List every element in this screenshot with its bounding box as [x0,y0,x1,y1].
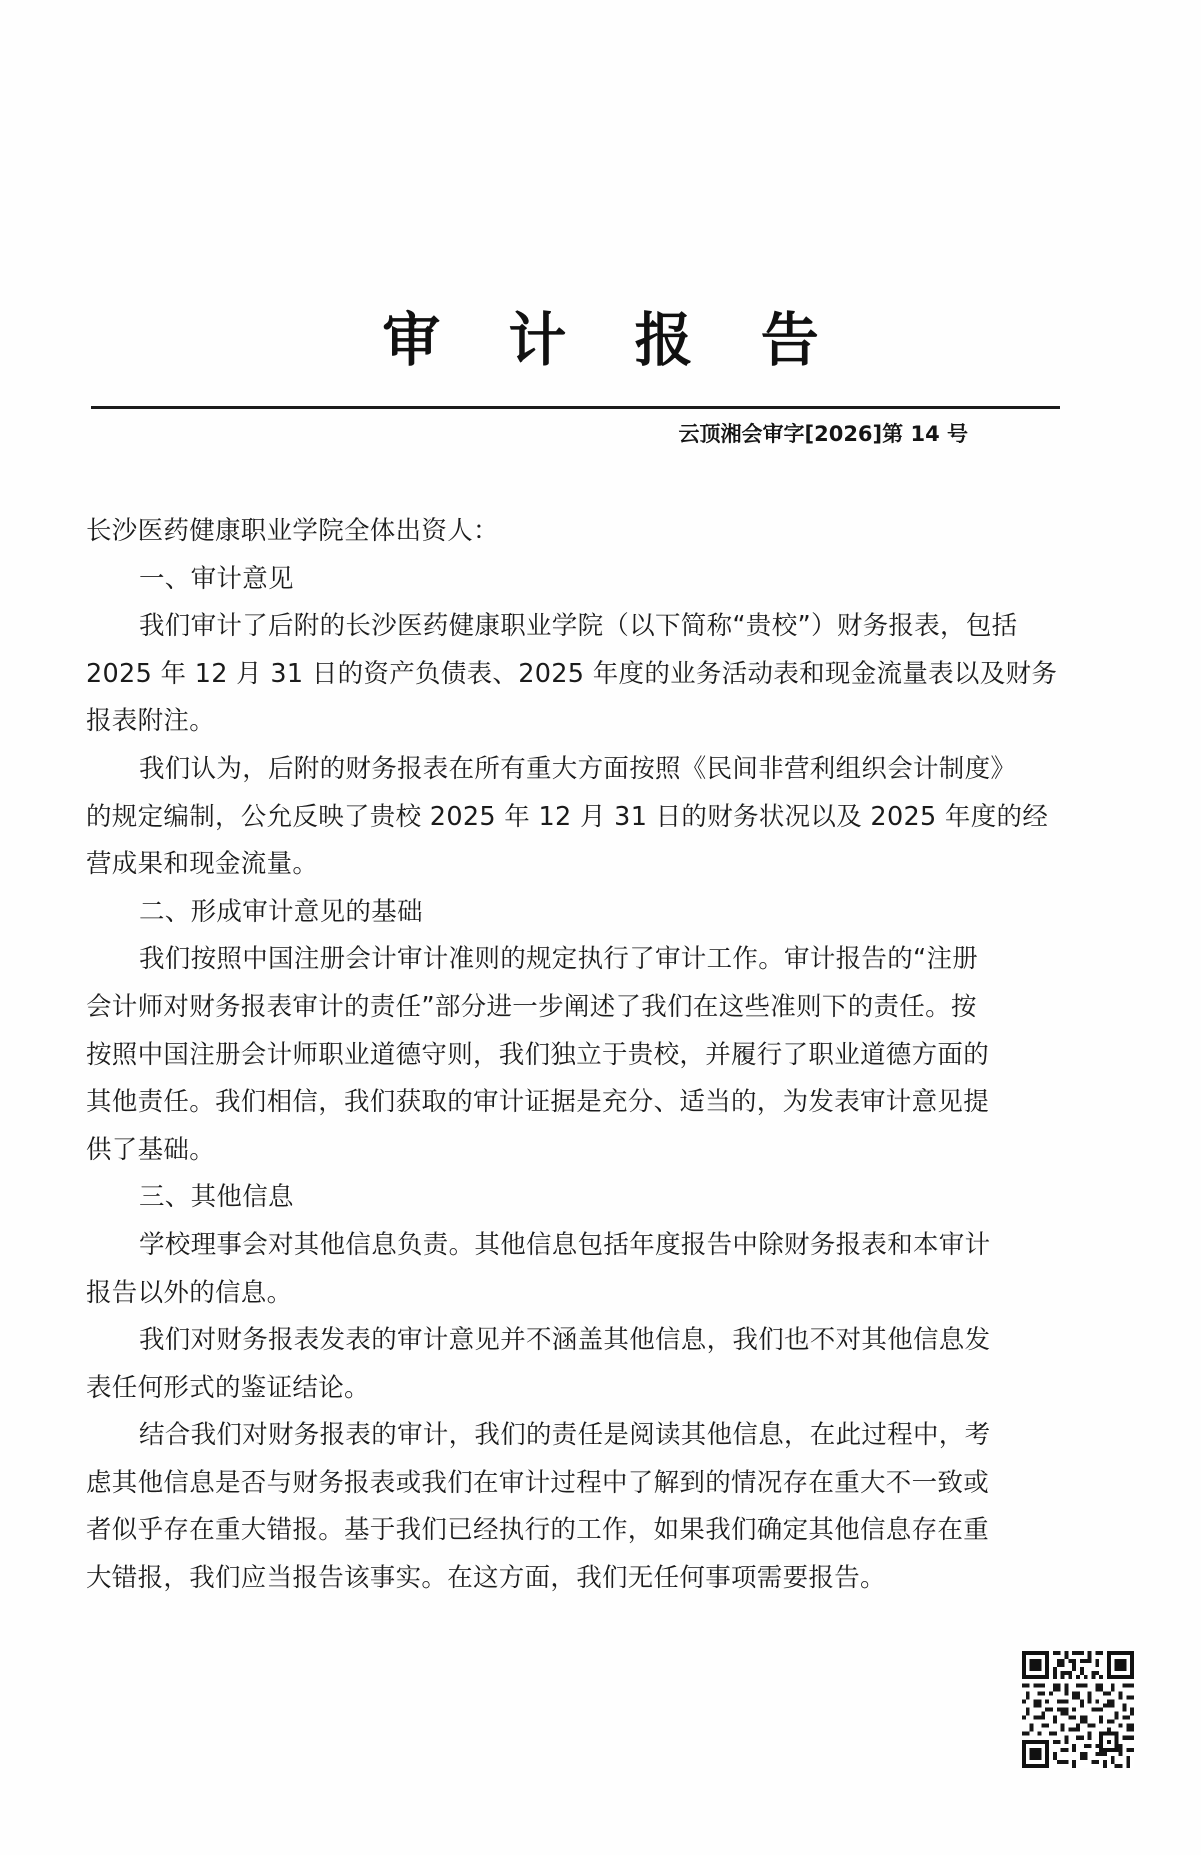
text-line: 学校理事会对其他信息负责。其他信息包括年度报告中除财务报表和本审计 [86,1222,986,1270]
text-line: 的规定编制，公允反映了贵校 2025 年 12 月 31 日的财务状况以及 20… [86,794,986,842]
document-number: 云顶湘会审字[2026]第 14 号 [679,419,969,449]
text-line: 按照中国注册会计师职业道德守则，我们独立于贵校，并履行了职业道德方面的 [86,1032,986,1080]
text-line: 我们按照中国注册会计审计准则的规定执行了审计工作。审计报告的“注册 [86,936,986,984]
text-line: 营成果和现金流量。 [86,841,986,889]
text-line: 报告以外的信息。 [86,1270,986,1318]
text-line: 我们认为，后附的财务报表在所有重大方面按照《民间非营利组织会计制度》 [86,746,986,794]
text-line: 者似乎存在重大错报。基于我们已经执行的工作，如果我们确定其他信息存在重 [86,1507,986,1555]
page-title: 审 计 报 告 [0,305,1201,375]
section-heading-other-info: 三、其他信息 [86,1174,986,1222]
text-line: 表任何形式的鉴证结论。 [86,1365,986,1413]
text-line: 2025 年 12 月 31 日的资产负债表、2025 年度的业务活动表和现金流… [86,651,986,699]
document-page: 审 计 报 告 云顶湘会审字[2026]第 14 号 长沙医药健康职业学院全体出… [0,0,1201,1855]
text-line: 大错报，我们应当报告该事实。在这方面，我们无任何事项需要报告。 [86,1555,986,1603]
qr-code-icon [1022,1651,1134,1768]
text-line: 其他责任。我们相信，我们获取的审计证据是充分、适当的，为发表审计意见提 [86,1079,986,1127]
text-line: 会计师对财务报表审计的责任”部分进一步阐述了我们在这些准则下的责任。按 [86,984,986,1032]
addressee: 长沙医药健康职业学院全体出资人： [86,508,986,556]
text-line: 结合我们对财务报表的审计，我们的责任是阅读其他信息，在此过程中，考 [86,1412,986,1460]
title-divider [91,406,1060,409]
text-line: 我们对财务报表发表的审计意见并不涵盖其他信息，我们也不对其他信息发 [86,1317,986,1365]
text-line: 我们审计了后附的长沙医药健康职业学院（以下简称“贵校”）财务报表，包括 [86,603,986,651]
report-body: 长沙医药健康职业学院全体出资人： 一、审计意见 我们审计了后附的长沙医药健康职业… [86,508,986,1603]
text-line: 供了基础。 [86,1127,986,1175]
section-heading-opinion: 一、审计意见 [86,556,986,604]
text-line: 虑其他信息是否与财务报表或我们在审计过程中了解到的情况存在重大不一致或 [86,1460,986,1508]
text-line: 报表附注。 [86,698,986,746]
section-heading-basis: 二、形成审计意见的基础 [86,889,986,937]
